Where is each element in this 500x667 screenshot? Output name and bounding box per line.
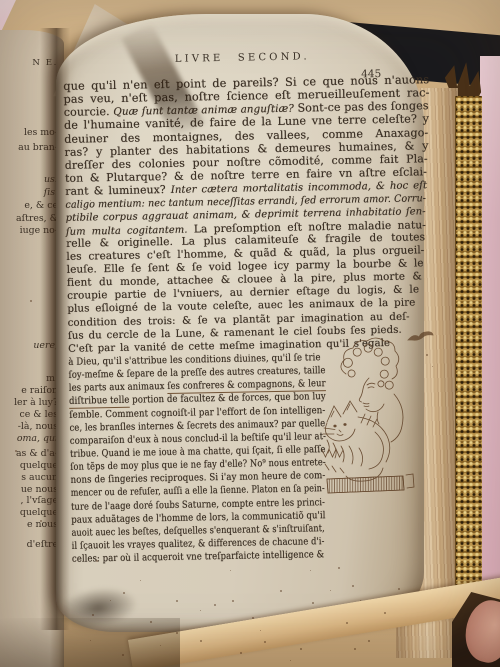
- foxing-dot: [300, 648, 302, 650]
- running-title: LIVRE SECOND.: [175, 51, 310, 64]
- hatched-ledge: [327, 474, 414, 493]
- page-surface: LIVRE SECOND. 445 que qu'il n'en eſt poi…: [56, 7, 435, 632]
- foxing-dot: [368, 640, 370, 642]
- gutter-shadow: [40, 28, 70, 630]
- shadow-bottom-left: [0, 618, 180, 667]
- cat-sketch: [322, 401, 390, 481]
- pink-backdrop: [480, 56, 500, 602]
- text-line-37: celles: par où il acqueroit vne treſparf…: [72, 549, 292, 566]
- gilt-binding-edge: [455, 96, 482, 648]
- book-photograph: N E.les mo-au bran-us:ſis.e, & ceaſtres,…: [0, 0, 500, 667]
- bird-flourish-icon: [408, 332, 433, 340]
- foxing-dot: [290, 660, 291, 661]
- foxing-dot: [354, 648, 356, 650]
- figure-sketch: [341, 338, 403, 442]
- backdrop-corner: [0, 0, 16, 34]
- margin-ink-drawing: [315, 322, 445, 502]
